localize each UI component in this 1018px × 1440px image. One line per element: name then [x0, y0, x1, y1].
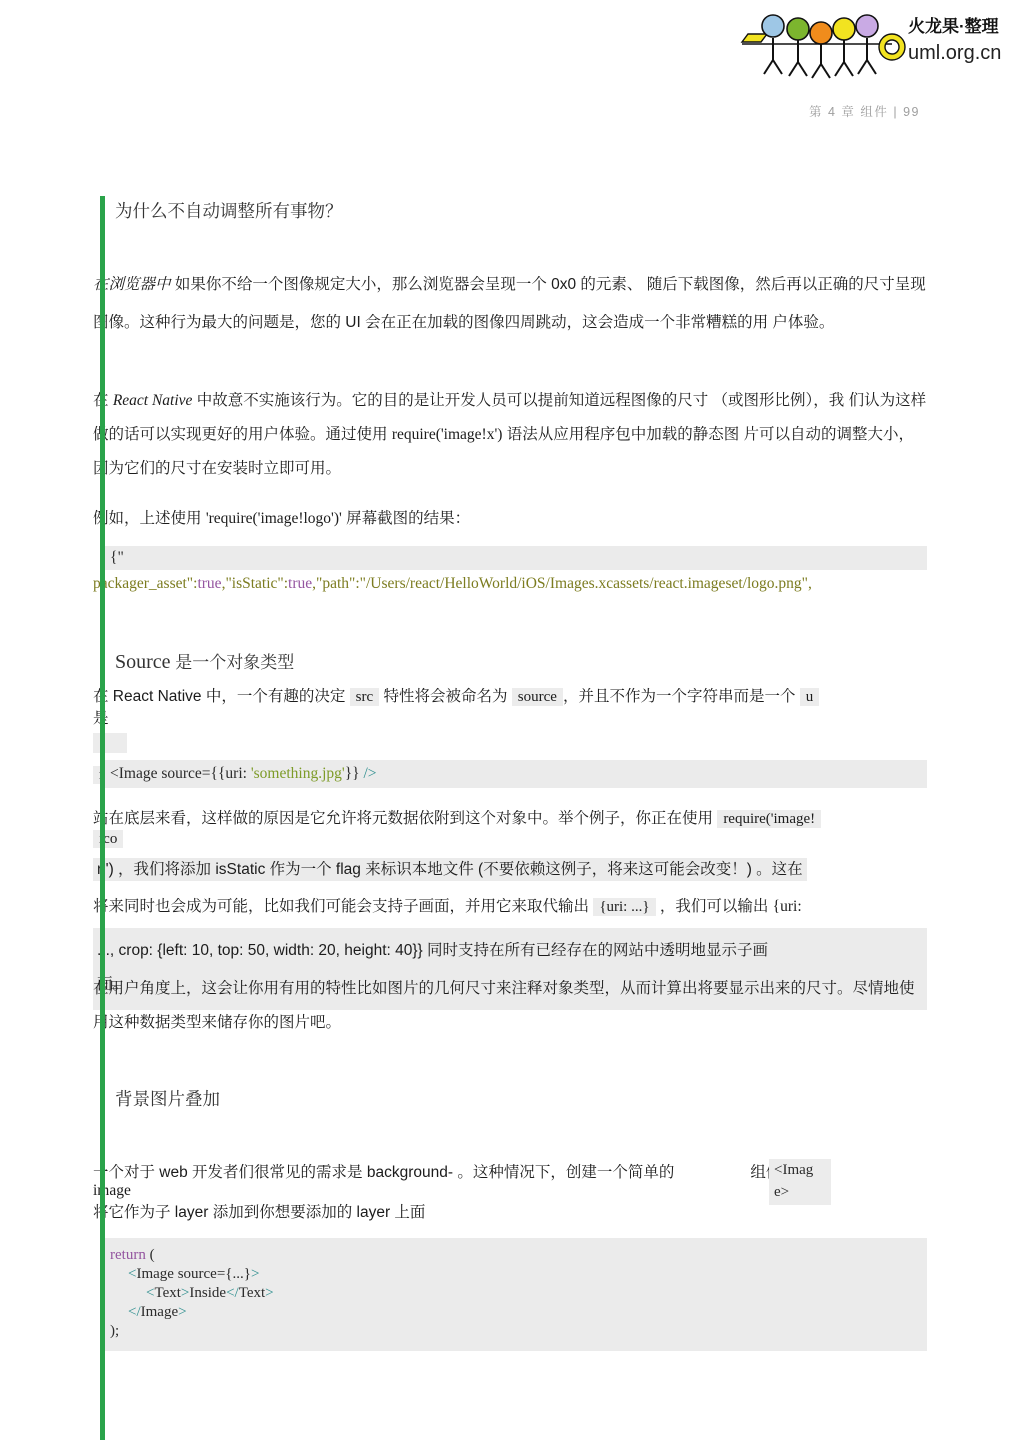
running-header-chapter-page: 第 4 章 组件 | 99	[0, 102, 920, 120]
section-heading-source-object-type: Source 是一个对象类型	[93, 648, 949, 674]
inline-code-source: source	[512, 688, 563, 706]
brand-site-url: uml.org.cn	[908, 41, 1001, 66]
inline-code-u: u	[800, 688, 820, 706]
text-line: 将它作为子 layer 添加到你想要添加的 layer 上面	[93, 1202, 927, 1223]
code-line: return (	[110, 1246, 917, 1265]
document-page: 火龙果·整理 uml.org.cn 第 4 章 组件 | 99 为什么不自动调整…	[0, 0, 1018, 1440]
brand-block: 火龙果·整理 uml.org.cn	[908, 16, 1001, 66]
paragraph-user-perspective: 在用户角度上，这会让你用有用的特性比如图片的几何尺寸来注释对象类型，从而计算出将…	[93, 972, 927, 1040]
code-line: );	[110, 1322, 917, 1341]
code-line: <Text>Inside</Text>	[110, 1284, 917, 1303]
code-uri-open: {uri:	[773, 898, 802, 915]
text-line: ico	[93, 830, 927, 848]
text-line: 将来同时也会成为可能，比如我们可能会支持子画面，并用它来取代输出 {uri: .…	[93, 896, 927, 918]
code-block-image-source: <Image source={{uri: 'something.jpg'}} /…	[93, 760, 927, 788]
inline-code-empty-stub	[93, 733, 127, 753]
inline-code-image-tag-wrapped: <Imag e>	[769, 1159, 831, 1205]
text-line: n') ，我们将添加 isStatic 作为一个 flag 来标识本地文件 (不…	[93, 857, 927, 883]
text-line: 站在底层来看，这样做的原因是它允许将元数据依附到这个对象中。举个例子，你正在使用…	[93, 808, 927, 830]
left-green-rule	[100, 196, 105, 1440]
section-heading-background-image-overlay: 背景图片叠加	[93, 1086, 949, 1111]
paragraph-browser-behavior: 在浏览器中 如果你不给一个图像规定大小，那么浏览器会呈现一个 0x0 的元素、 …	[93, 266, 927, 342]
code-line-open-brace: {"	[100, 546, 927, 570]
inline-code-ico: ico	[93, 830, 123, 848]
text-line: 是	[93, 708, 927, 729]
inline-code-src: src	[350, 688, 380, 706]
paragraph-react-native-behavior: 在 React Native 中故意不实施该行为。它的目的是让开发人员可以提前知…	[93, 384, 927, 486]
code-block-json-result: {" packager_asset":true,"isStatic":true,…	[93, 546, 927, 595]
inline-code-isstatic-flag-line: n') ，我们将添加 isStatic 作为一个 flag 来标识本地文件 (不…	[93, 858, 807, 881]
code-line: </Image>	[110, 1303, 917, 1322]
inline-code-require-image: require('image!	[717, 810, 821, 828]
code-line: <Image source={...}>	[110, 1265, 917, 1284]
code-line-image-source: <Image source={{uri: 'something.jpg'}} /…	[100, 760, 927, 788]
code-block-body: return ( <Image source={...}> <Text>Insi…	[100, 1238, 927, 1351]
text-line: 在 React Native 中，一个有趣的决定 src 特性将会被命名为 so…	[93, 686, 927, 708]
brand-name: 火龙果·整理	[908, 16, 1001, 37]
section-heading-why-not-autosize: 为什么不自动调整所有事物？	[93, 198, 949, 223]
inline-code-uri-ellipsis: {uri: ...}	[593, 898, 655, 916]
code-block-return-image-text: return ( <Image source={...}> <Text>Insi…	[93, 1238, 927, 1351]
code-line-json-body: packager_asset":true,"isStatic":true,"pa…	[93, 572, 927, 595]
paragraph-example-intro: 例如，上述使用 'require('image!logo')' 屏幕截图的结果：	[93, 502, 927, 536]
uml-stick-figures-logo-icon	[740, 6, 910, 80]
code-require-image-logo: 'require('image!logo')'	[206, 510, 342, 527]
italic-react-native: React Native	[113, 392, 193, 409]
code-require-image-x: require('image!x')	[392, 426, 503, 443]
